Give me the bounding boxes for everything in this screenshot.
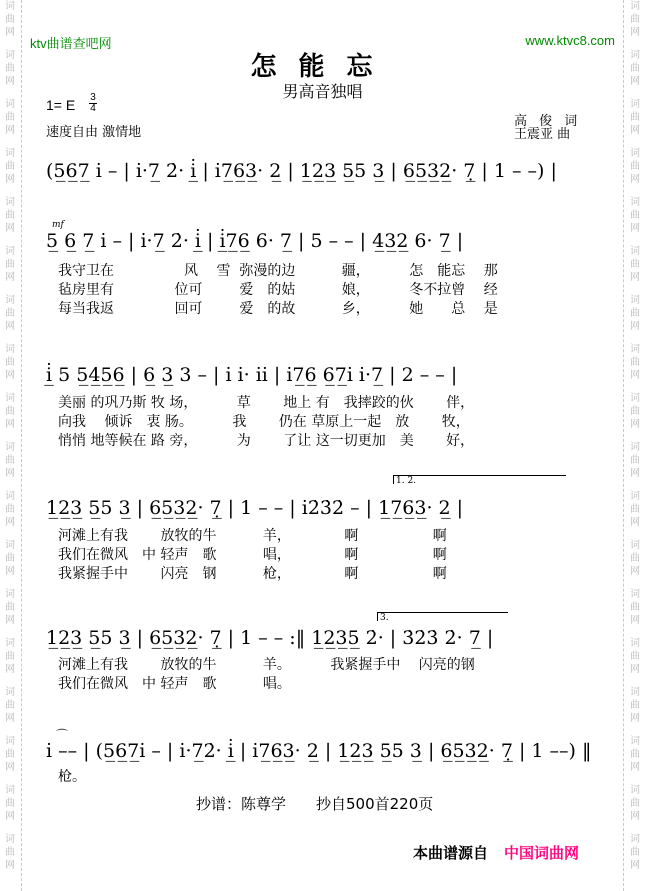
watermark-glyph-group: 词曲网 — [627, 539, 643, 578]
lyrics-ending: 枪。 — [58, 768, 86, 786]
lyrics-verse-3: 悄悄 地等候在 路 旁， 为 了让 这一切更加 美 好， — [58, 432, 474, 450]
score-line-2: mf 5̲ 6̲ 7̲ i̇ – | i̇·7̲ 2̇· i̲̇ | i̲̇7̲… — [46, 228, 463, 254]
watermark-glyph-group: 词曲网 — [627, 637, 643, 676]
time-signature: 3 4 — [89, 93, 97, 114]
key-signature: 1= E — [46, 97, 75, 113]
lyrics-verse-2: 我们在微风 中 轻声 歌 唱。 — [58, 675, 291, 693]
lyrics-verse-3: 每当我返 回可 爱 的故 乡， 她 总 是 — [58, 300, 498, 318]
watermark-glyph-group: 词曲网 — [2, 833, 18, 872]
watermark-glyph-group: 词曲网 — [627, 588, 643, 627]
notation-row: 1̲2̲3̲ 5̲5 3̲ | 6̲5̲3̲2̲· 7̣̲ | 1 – – :‖… — [46, 625, 493, 651]
watermark-glyph-group: 词曲网 — [2, 294, 18, 333]
lyrics-verse-3: 我紧握手中 闪亮 钢 枪， 啊 啊 — [58, 565, 447, 583]
notation-row: (5̲6̲7̲ i̇ – | i̇·7̲ 2̇· i̲̇ | i̇7̲6̲3̲·… — [46, 158, 557, 184]
notation-row: 5̲ 6̲ 7̲ i̇ – | i̇·7̲ 2̇· i̲̇ | i̲̇7̲6̲ … — [46, 228, 463, 254]
watermark-glyph-group: 词曲网 — [627, 490, 643, 529]
watermark-glyph-group: 词曲网 — [2, 98, 18, 137]
source-label: 本曲谱源自 — [413, 844, 488, 862]
watermark-glyph-group: 词曲网 — [2, 441, 18, 480]
lyrics-verse-2: 毡房里有 位可 爱 的姑 娘， 冬不拉曾 经 — [58, 281, 498, 299]
time-signature-bottom: 4 — [89, 104, 97, 114]
watermark-glyph-group: 词曲网 — [627, 0, 643, 39]
tempo-marking: 速度自由 激情地 — [46, 121, 141, 140]
notation-row: i̲̇ 5 5̲4̲5̲6̲ | 6̲ 3̲ 3 – | i̇ i̇· i̇i̇… — [46, 362, 457, 388]
watermark-glyph-group: 词曲网 — [627, 147, 643, 186]
watermark-glyph-group: 词曲网 — [2, 147, 18, 186]
watermark-glyph-group: 词曲网 — [2, 637, 18, 676]
left-watermark-column: 词曲网词曲网词曲网词曲网词曲网词曲网词曲网词曲网词曲网词曲网词曲网词曲网词曲网词… — [2, 0, 18, 891]
dynamic-mark: mf — [52, 220, 64, 230]
score-line-4: 1̲2̲3̲ 5̲5 3̲ | 6̲5̲3̲2̲· 7̣̲ | 1 – – | … — [46, 495, 463, 521]
lyrics-verse-1: 我守卫在 风 雪 弥漫的边 疆， 怎 能忘 那 — [58, 262, 498, 280]
watermark-glyph-group: 词曲网 — [627, 441, 643, 480]
watermark-glyph-group: 词曲网 — [2, 196, 18, 235]
watermark-glyph-group: 词曲网 — [627, 735, 643, 774]
watermark-glyph-group: 词曲网 — [627, 392, 643, 431]
composer-credit: 王震亚 曲 — [514, 123, 570, 142]
time-signature-top: 3 — [89, 93, 97, 103]
lyrics-verse-2: 向我 倾诉 衷 肠。 我 仍在 草原上一起 放 牧， — [58, 413, 470, 431]
notation-row: i̇ –– | (5̲6̲7̲i̇ – | i̇·7̲2̇· i̲̇ | i̇7… — [46, 738, 591, 764]
source-credit: 本曲谱源自中国词曲网 — [413, 842, 579, 863]
volta-3: 3. — [377, 612, 508, 621]
right-watermark-column: 词曲网词曲网词曲网词曲网词曲网词曲网词曲网词曲网词曲网词曲网词曲网词曲网词曲网词… — [627, 0, 643, 891]
watermark-glyph-group: 词曲网 — [2, 343, 18, 382]
watermark-glyph-group: 词曲网 — [627, 196, 643, 235]
watermark-glyph-group: 词曲网 — [2, 784, 18, 823]
watermark-glyph-group: 词曲网 — [627, 784, 643, 823]
lyrics-verse-1: 河滩上有我 放牧的牛 羊。 我紧握手中 闪亮的钢 — [58, 656, 475, 674]
watermark-glyph-group: 词曲网 — [627, 343, 643, 382]
watermark-glyph-group: 词曲网 — [2, 735, 18, 774]
lyrics-verse-1: 美丽 的巩乃斯 牧 场， 草 地上 有 我摔跤的伙 伴， — [58, 394, 474, 412]
transcriber-note: 抄谱：陈尊学 抄自500首220页 — [196, 793, 433, 814]
watermark-glyph-group: 词曲网 — [2, 490, 18, 529]
lyrics-verse-2: 我们在微风 中 轻声 歌 唱， 啊 啊 — [58, 546, 447, 564]
lyrics-verse-1: 河滩上有我 放牧的牛 羊， 啊 啊 — [58, 527, 447, 545]
watermark-glyph-group: 词曲网 — [2, 0, 18, 39]
watermark-glyph-group: 词曲网 — [627, 98, 643, 137]
watermark-glyph-group: 词曲网 — [627, 294, 643, 333]
watermark-glyph-group: 词曲网 — [627, 245, 643, 284]
left-dashed-margin — [21, 0, 22, 891]
watermark-glyph-group: 词曲网 — [2, 686, 18, 725]
watermark-glyph-group: 词曲网 — [627, 833, 643, 872]
score-line-5: 1̲2̲3̲ 5̲5 3̲ | 6̲5̲3̲2̲· 7̣̲ | 1 – – :‖… — [46, 625, 493, 651]
right-dashed-margin — [623, 0, 624, 891]
fermata-icon: ⌒ — [56, 726, 68, 743]
score-line-ending: ⌒ i̇ –– | (5̲6̲7̲i̇ – | i̇·7̲2̇· i̲̇ | i… — [46, 738, 591, 764]
song-title: 怎能忘 — [0, 46, 645, 83]
watermark-glyph-group: 词曲网 — [627, 686, 643, 725]
volta-1-2: 1. 2. — [393, 475, 566, 484]
notation-row: 1̲2̲3̲ 5̲5 3̲ | 6̲5̲3̲2̲· 7̣̲ | 1 – – | … — [46, 495, 463, 521]
score-line-intro: (5̲6̲7̲ i̇ – | i̇·7̲ 2̇· i̲̇ | i̇7̲6̲3̲·… — [46, 158, 557, 184]
source-site-link[interactable]: 中国词曲网 — [504, 844, 579, 862]
score-line-3: i̲̇ 5 5̲4̲5̲6̲ | 6̲ 3̲ 3 – | i̇ i̇· i̇i̇… — [46, 362, 457, 388]
watermark-glyph-group: 词曲网 — [2, 539, 18, 578]
watermark-glyph-group: 词曲网 — [2, 392, 18, 431]
watermark-glyph-group: 词曲网 — [2, 245, 18, 284]
watermark-glyph-group: 词曲网 — [2, 588, 18, 627]
